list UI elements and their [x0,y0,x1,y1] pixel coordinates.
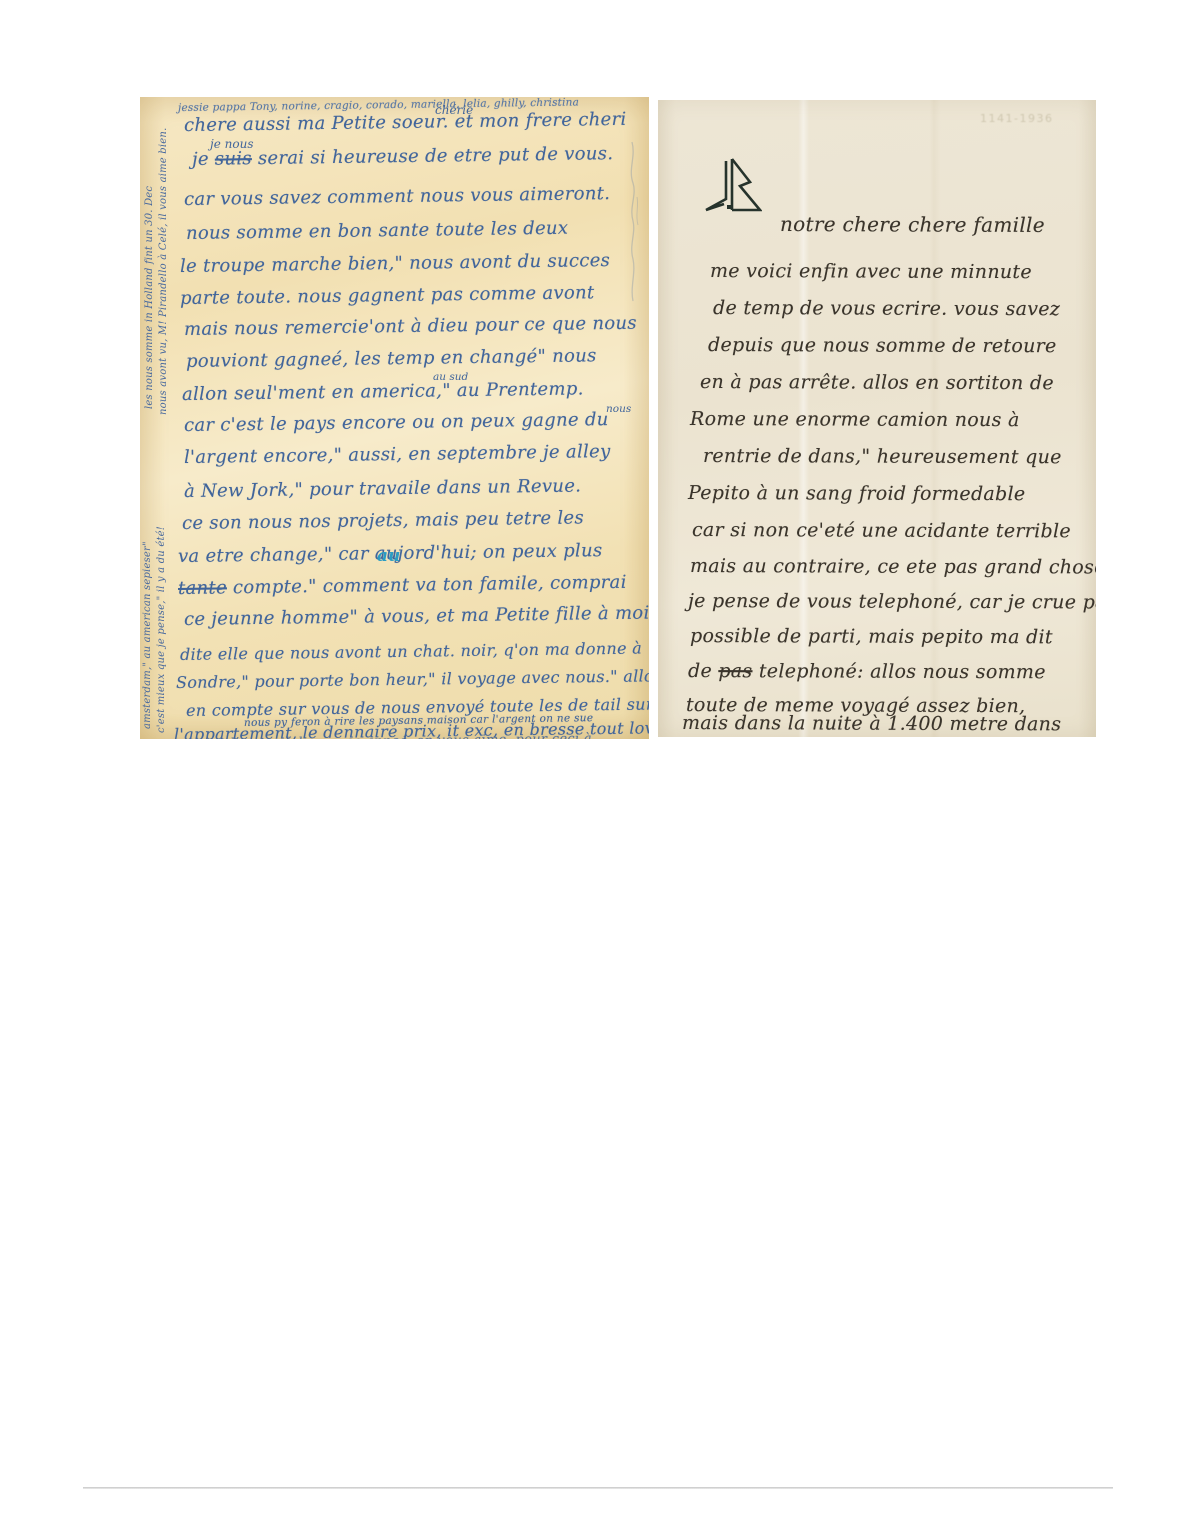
margin-note: nous avont vu, M! Pirandello à Celé, il … [158,128,169,415]
letter-line: mais nous remercie'ont à dieu pour ce qu… [184,313,637,340]
letter-line: en à pas arrête. allos en sortiton de [700,371,1054,394]
letter-line: je pense de vous telephoné, car je crue … [688,590,1096,613]
letter-line: mais au contraire, ce ete pas grand chos… [690,555,1096,578]
line-pre: je [192,149,215,170]
letter-line: Pepito à un sang froid formedable [688,482,1026,505]
letter-line: depuis que nous somme de retoure [708,334,1057,357]
letter-line: me voici enfin avec une minnute [710,260,1032,283]
letter-line: de pas telephoné: allos nous somme [688,660,1046,683]
interlinear-note: chérie [435,103,473,117]
letter-line: allon seul'ment en america," au Prentemp… [182,378,584,405]
letter-line: le troupe marche bien," nous avont du su… [180,250,610,277]
struck-word: pas [718,660,752,682]
line-post: compte." comment va ton famile, comprai [227,572,627,599]
letter-line: de temp de vous ecrire. vous savez [713,297,1060,320]
margin-note: les nous somme in Holland fint un 30. De… [144,186,155,409]
letter-line: je suis serai si heureuse de etre put de… [192,143,614,170]
letter-line: mais dans la nuite à 1.400 metre dans [682,712,1061,735]
letter-line: parte toute. nous gagnent pas comme avon… [180,282,595,309]
letter-line: Sondre," pour porte bon heur," il voyage… [176,666,649,692]
letter-line: car vous savez comment nous vous aimeron… [184,183,611,210]
letter-line: possible de parti, mais pepito ma dit [690,625,1053,648]
letter-line: car si non ce'eté une acidante terrible [692,519,1071,542]
left-letter-page: jessie pappa Tony, norine, cragio, corad… [140,97,649,739]
letter-line: tante compte." comment va ton famile, co… [178,572,627,599]
edge-scribble [624,137,642,327]
line-post: serai si heureuse de etre put de vous. [252,143,614,169]
margin-note: amsterdam," au american sepieser" [142,541,153,729]
interlinear-note: au sud [433,371,468,383]
struck-word: tante [178,577,227,599]
letter-line: l'argent encore," aussi, en septembre je… [184,441,611,468]
letter-line: notre chere chere famille [780,212,1045,237]
letter-line: Rome une enorme camion nous à [690,408,1020,431]
letter-line: dite elle que nous avont un chat. noir, … [180,639,642,664]
interlinear-note: nous [606,403,631,415]
line-post: telephoné: allos nous somme [752,660,1045,683]
pencil-catalog-note: 1141-1936 [980,112,1053,125]
letter-line: pouviont gagneé, les temp en changé" nou… [186,345,597,372]
overwritten-word-teal: au [377,546,400,566]
margin-note: c'est mieux que je pense," il y a du été… [156,526,167,733]
letter-line: car c'est le pays encore ou on peux gagn… [184,409,609,436]
interlinear-note: je nous [210,137,253,151]
jb-monogram-icon [698,155,762,213]
letter-line: à New Jork," pour travaile dans un Revue… [184,475,582,502]
right-letter-page: 1141-1936 notre chere chere famille me v… [658,100,1096,737]
struck-word: suis [215,148,252,170]
letter-line: rentrie de dans," heureusement que [703,445,1062,468]
letter-line: nous somme en bon sante toute les deux [186,218,569,244]
page: { "left_letter": { "paper_color": "#f2e0… [0,0,1197,1538]
letter-line: ce son nous nos projets, mais peu tetre … [182,507,584,534]
footer-rule [83,1487,1113,1489]
letter-line: ce jeunne homme" à vous, et ma Petite fi… [184,602,649,630]
line-pre: de [688,660,718,682]
